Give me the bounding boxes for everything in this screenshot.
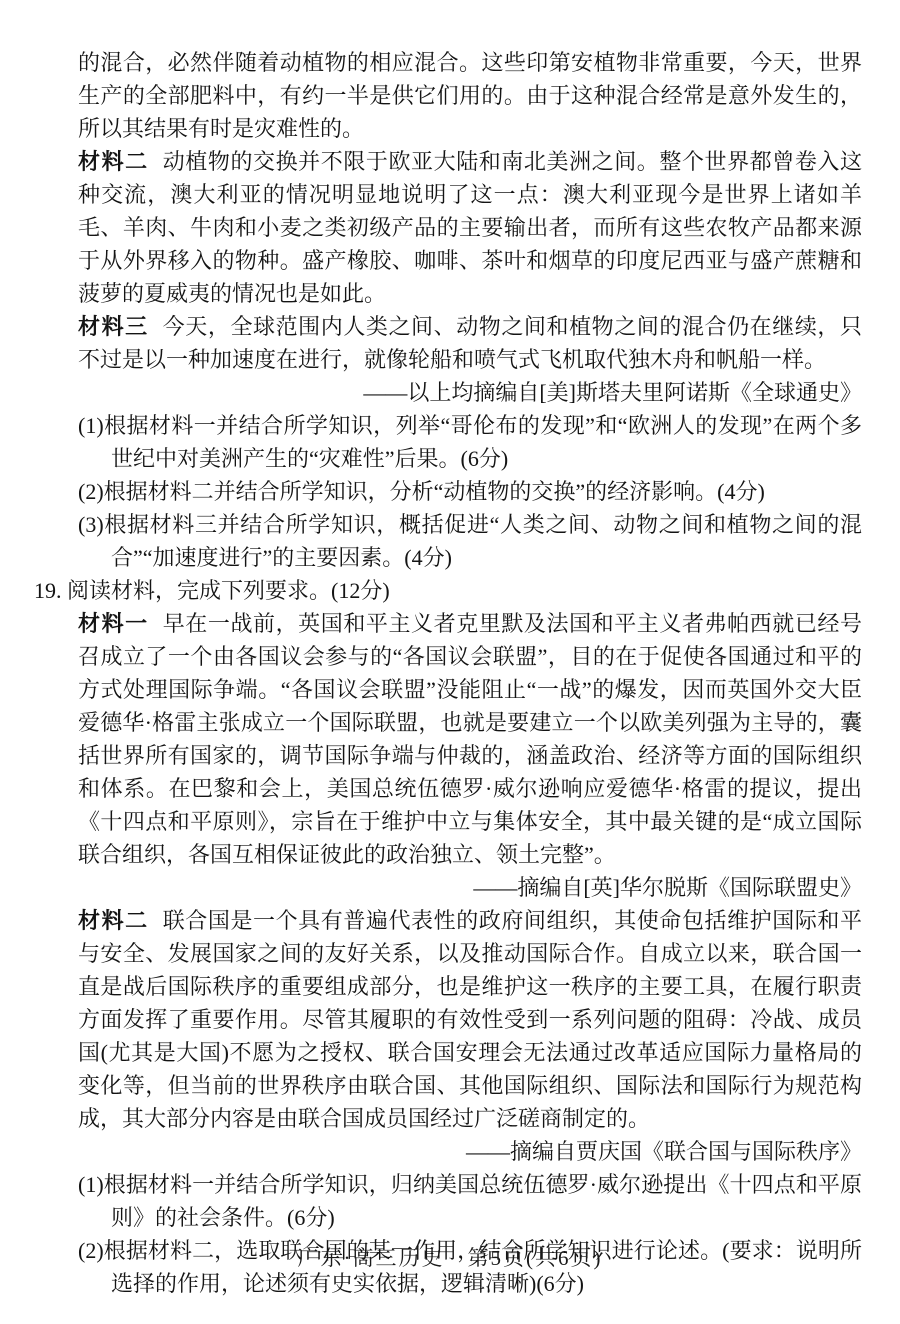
q19-material-2-paragraph: 材料二联合国是一个具有普遍代表性的政府间组织，其使命包括维护国际和平与安全、发展… [78, 904, 862, 1135]
exam-page: 的混合，必然伴随着动植物的相应混合。这些印第安植物非常重要，今天，世界生产的全部… [0, 0, 900, 1324]
q18-sub-question-1: (1)根据材料一并结合所学知识，列举“哥伦布的发现”和“欧洲人的发现”在两个多世… [78, 409, 862, 475]
q18-sub-question-2: (2)根据材料二并结合所学知识，分析“动植物的交换”的经济影响。(4分) [78, 475, 862, 508]
q18-material-3-paragraph: 材料三今天，全球范围内人类之间、动物之间和植物之间的混合仍在继续，只不过是以一种… [78, 310, 862, 376]
q19-stem-paragraph: 19. 阅读材料，完成下列要求。(12分) [78, 574, 862, 607]
q19-sub-question-1: (1)根据材料一并结合所学知识，归纳美国总统伍德罗·威尔逊提出《十四点和平原则》… [78, 1168, 862, 1234]
q18-material-2-paragraph: 材料二动植物的交换并不限于欧亚大陆和南北美洲之间。整个世界都曾卷入这种交流，澳大… [78, 145, 862, 310]
q19-material-2-text: 联合国是一个具有普遍代表性的政府间组织，其使命包括维护国际和平与安全、发展国家之… [78, 908, 862, 1131]
q18-material-3-text: 今天，全球范围内人类之间、动物之间和植物之间的混合仍在继续，只不过是以一种加速度… [78, 314, 862, 372]
q18-sub-question-3: (3)根据材料三并结合所学知识，概括促进“人类之间、动物之间和植物之间的混合”“… [78, 508, 862, 574]
q19-number: 19. [34, 578, 62, 603]
q18-material-3-label: 材料三 [78, 314, 149, 339]
page-footer: 广东·高三历史 第5页(共6页) [0, 1242, 900, 1272]
exam-content: 的混合，必然伴随着动植物的相应混合。这些印第安植物非常重要，今天，世界生产的全部… [0, 0, 900, 1300]
q18-continuation-paragraph: 的混合，必然伴随着动植物的相应混合。这些印第安植物非常重要，今天，世界生产的全部… [78, 46, 862, 145]
q19-source-attribution-1: ——摘编自[英]华尔脱斯《国际联盟史》 [78, 871, 862, 904]
q19-material-1-paragraph: 材料一早在一战前，英国和平主义者克里默及法国和平主义者弗帕西就已经号召成立了一个… [78, 607, 862, 871]
q19-source-attribution-2: ——摘编自贾庆国《联合国与国际秩序》 [78, 1135, 862, 1168]
q18-material-2-label: 材料二 [78, 149, 149, 174]
q19-material-2-label: 材料二 [78, 908, 149, 933]
q18-source-attribution: ——以上均摘编自[美]斯塔夫里阿诺斯《全球通史》 [78, 376, 862, 409]
q19-stem: 阅读材料，完成下列要求。(12分) [67, 578, 390, 603]
q19-material-1-text: 早在一战前，英国和平主义者克里默及法国和平主义者弗帕西就已经号召成立了一个由各国… [78, 611, 862, 867]
q18-material-2-text: 动植物的交换并不限于欧亚大陆和南北美洲之间。整个世界都曾卷入这种交流，澳大利亚的… [78, 149, 862, 306]
q19-material-1-label: 材料一 [78, 611, 149, 636]
